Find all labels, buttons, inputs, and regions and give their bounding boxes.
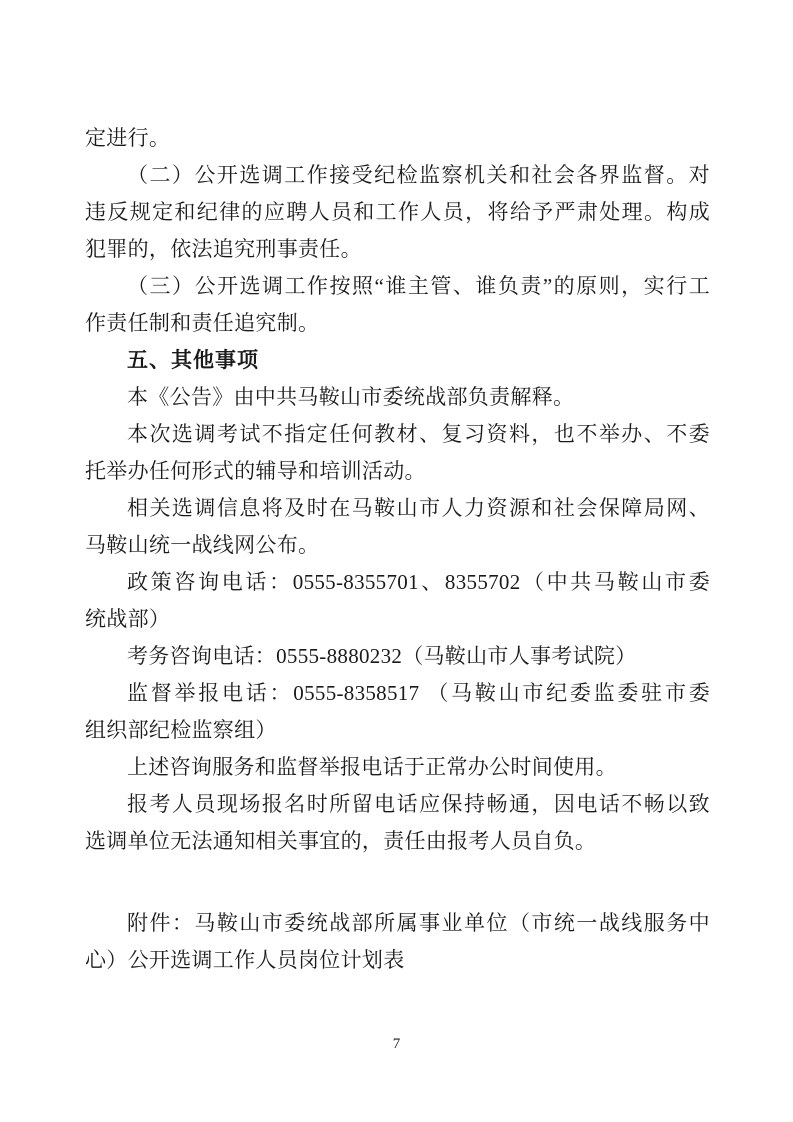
document-line: 作责任制和责任追究制。 [85,305,710,342]
document-line: 组织部纪检监察组） [85,712,710,749]
document-line: （三）公开选调工作按照“谁主管、谁负责”的原则，实行工 [85,268,710,305]
document-page: 定进行。 （二）公开选调工作接受纪检监察机关和社会各界监督。对 违反规定和纪律的… [0,0,793,1122]
section-heading-other-matters: 五、其他事项 [85,342,710,379]
exam-phone-line: 考务咨询电话：0555-8880232（马鞍山市人事考试院） [85,638,710,675]
document-line: 本次选调考试不指定任何教材、复习资料，也不举办、不委 [85,416,710,453]
document-line: 马鞍山统一战线网公布。 [85,527,710,564]
document-line: 选调单位无法通知相关事宜的，责任由报考人员自负。 [85,823,710,860]
page-number: 7 [393,1036,401,1052]
document-body: 定进行。 （二）公开选调工作接受纪检监察机关和社会各界监督。对 违反规定和纪律的… [85,120,710,979]
policy-phone-line: 政策咨询电话：0555-8355701、8355702（中共马鞍山市委 [85,564,710,601]
document-line: 本《公告》由中共马鞍山市委统战部负责解释。 [85,379,710,416]
document-line: 相关选调信息将及时在马鞍山市人力资源和社会保障局网、 [85,490,710,527]
document-line: 违反规定和纪律的应聘人员和工作人员，将给予严肃处理。构成 [85,194,710,231]
document-line: 定进行。 [85,120,710,157]
document-line: 上述咨询服务和监督举报电话于正常办公时间使用。 [85,749,710,786]
document-line: 犯罪的，依法追究刑事责任。 [85,231,710,268]
document-line: 托举办任何形式的辅导和培训活动。 [85,453,710,490]
document-line: 统战部） [85,601,710,638]
attachment-note-line: 心）公开选调工作人员岗位计划表 [85,942,710,979]
document-line: （二）公开选调工作接受纪检监察机关和社会各界监督。对 [85,157,710,194]
report-phone-line: 监督举报电话：0555-8358517 （马鞍山市纪委监委驻市委 [85,675,710,712]
attachment-note-line: 附件：马鞍山市委统战部所属事业单位（市统一战线服务中 [85,905,710,942]
document-line: 报考人员现场报名时所留电话应保持畅通，因电话不畅以致 [85,786,710,823]
page-footer: 7 [0,1036,793,1053]
